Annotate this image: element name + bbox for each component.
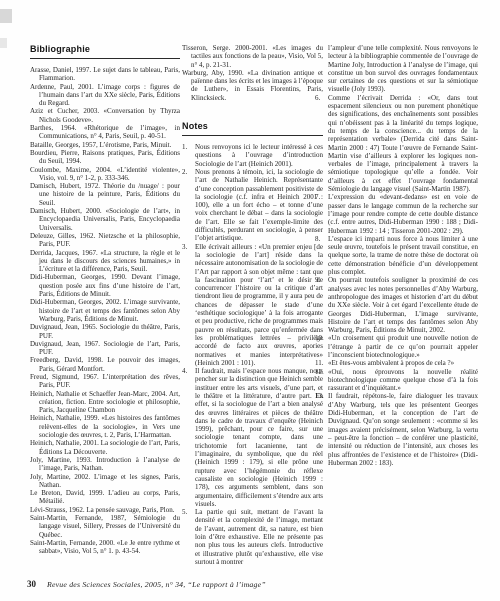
- note-text: Il faudrait, mais l’espace nous manque, …: [195, 367, 323, 508]
- note-item: 9.On pourrait toutefois souligner la pro…: [315, 276, 478, 334]
- note-text: «Oui, nous éprouvons la nouvelle réalité…: [328, 368, 478, 393]
- note-number: 8.: [315, 235, 328, 243]
- bibliography-entry: Saint-Martin, Fernande, 1987, Sémiologie…: [30, 514, 180, 539]
- bibliography-entry: Duvignaud, Jean, 1965. Sociologie du thé…: [30, 323, 180, 340]
- note-item: 8.L’espace ici imparti nous force à nous…: [315, 235, 478, 276]
- notes-heading: Notes: [182, 121, 323, 136]
- note-item: 1.Nous renvoyons ici le lecteur intéress…: [182, 143, 323, 168]
- bibliography-entry: Joly, Martine, 2002. L’image et les sign…: [30, 473, 180, 490]
- note-number: 12.: [315, 368, 328, 376]
- bibliography-entry: Tisseron, Serge. 2000-2001. «Les images …: [182, 44, 323, 69]
- note-continuation: l’ampleur d’une telle complexité. Nous r…: [315, 44, 478, 94]
- note-text: L’espace ici imparti nous force à nous l…: [328, 235, 478, 276]
- note-text: On pourrait toutefois souligner la proxi…: [328, 276, 478, 334]
- note-number: 11.: [315, 359, 328, 367]
- note-text: Elle écrivait ailleurs : «Un premier enj…: [195, 243, 323, 367]
- note-item: 10.«Un croisement qui produit une nouvel…: [315, 334, 478, 359]
- bibliography-entry: Derrida, Jacques, 1967. «La structure, l…: [30, 249, 180, 274]
- note-number: 13.: [315, 392, 328, 400]
- journal-title-line: Revue des Sciences Sociales, 2005, n° 34…: [47, 580, 266, 589]
- note-text: L’expression du «devant-dedans» est en v…: [328, 193, 478, 234]
- note-item: 13.Il faudrait, répétons-le, faire dialo…: [315, 392, 478, 467]
- note-item: 5.La partie qui suit, mettant de l’avant…: [182, 508, 323, 566]
- bibliography-entry: Heinich, Nathalie, 1999. «Les histoires …: [30, 414, 180, 439]
- note-number: 7.: [315, 193, 328, 201]
- note-item: 11.«Et êtes-vous ambivalent à propos de …: [315, 359, 478, 367]
- note-number: 4.: [182, 367, 195, 375]
- note-number: 2.: [182, 168, 195, 176]
- bibliography-entry: Ardenne, Paul, 2001. L’image corps : fig…: [30, 83, 180, 108]
- bibliography-entry: Saint-Martin, Fernande, 2000. «Le Je ent…: [30, 539, 180, 556]
- bibliography-heading: Bibliographie: [30, 44, 180, 59]
- note-text: «Un croisement qui produit une nouvelle …: [328, 334, 478, 359]
- bibliography-entry: Warburg, Aby, 1990. «La divination antiq…: [182, 69, 323, 102]
- note-item: 6.Comme l’écrivait Derrida : «Or, dans t…: [315, 94, 478, 194]
- bibliography-entry: Arasse, Daniel, 1997. Le sujet dans le t…: [30, 66, 180, 83]
- bibliography-entry: Heinich, Nathalie et Schaeffer Jean-Marc…: [30, 390, 180, 415]
- page-number: 30: [27, 579, 36, 589]
- note-item: 2.Nous prenons à témoin, ici, la sociolo…: [182, 168, 323, 243]
- note-number: 10.: [315, 334, 328, 342]
- bibliography-entry: Coulombe, Maxime, 2004. «L’identité viol…: [30, 166, 180, 183]
- bibliography-entry: Damisch, Hubert, 1972. Théorie du /nuage…: [30, 182, 180, 207]
- bibliography-entry: Bataille, Georges, 1957, L’érotisme, Par…: [30, 141, 180, 149]
- note-text: Comme l’écrivait Derrida : «Or, dans tou…: [328, 94, 478, 193]
- note-item: 3.Elle écrivait ailleurs : «Un premier e…: [182, 243, 323, 367]
- bibliography-entry: Didi-Huberman, Georges, 2002. L’image su…: [30, 298, 180, 323]
- note-text: Nous renvoyons ici le lecteur intéressé …: [195, 143, 323, 168]
- note-text: Il faudrait, répétons-le, faire dialogue…: [328, 392, 478, 466]
- page-footer: 30Revue des Sciences Sociales, 2005, n° …: [27, 574, 266, 592]
- bibliography-entry: Duvignaud, Jean, 1967. Sociologie de l’a…: [30, 340, 180, 357]
- note-number: 9.: [315, 276, 328, 284]
- note-number: 3.: [182, 243, 195, 251]
- bibliography-column-2: Tisseron, Serge. 2000-2001. «Les images …: [182, 44, 323, 566]
- bibliography-entry: Didi-Huberman, Georges, 1990. Devant l’i…: [30, 273, 180, 298]
- bibliography-entry: Heinich, Nathalie, 2001. La sociologie d…: [30, 439, 180, 456]
- bibliography-entry: Damisch, Hubert, 2000. «Sociologie de l’…: [30, 207, 180, 232]
- bibliography-entry: Freedberg, David, 1998. Le pouvoir des i…: [30, 356, 180, 373]
- bibliography-entry: Freud, Sigmund, 1967. L’interprétation d…: [30, 373, 180, 390]
- scan-artifact: [0, 38, 7, 48]
- bibliography-entry: Barthes, 1964. «Rhétorique de l’image», …: [30, 124, 180, 141]
- bibliography-entry: Bourdieu, Pierre, Raisons pratiques, Par…: [30, 149, 180, 166]
- note-text: La partie qui suit, mettant de l’avant l…: [195, 508, 323, 566]
- note-number: 6.: [315, 94, 328, 102]
- bibliography-entry: Le Breton, David, 1999. L’adieu au corps…: [30, 489, 180, 506]
- note-number: 5.: [182, 508, 195, 516]
- note-number: 1.: [182, 143, 195, 151]
- note-item: 7.L’expression du «devant-dedans» est en…: [315, 193, 478, 234]
- note-item: 12.«Oui, nous éprouvons la nouvelle réal…: [315, 368, 478, 393]
- bibliography-entry: Joly, Martine, 1993. Introduction à l’an…: [30, 456, 180, 473]
- note-item: 4.Il faudrait, mais l’espace nous manque…: [182, 367, 323, 508]
- bibliography-entry: Lévi-Strauss, 1962. La pensée sauvage, P…: [30, 506, 180, 514]
- note-text: Nous prenons à témoin, ici, la sociologi…: [195, 168, 323, 242]
- notes-column-3: l’ampleur d’une telle complexité. Nous r…: [315, 44, 478, 467]
- scan-artifact: [0, 9, 12, 23]
- bibliography-entry: Deleuze, Gilles, 1962. Nietzsche et la p…: [30, 232, 180, 249]
- bibliography-continued: Tisseron, Serge. 2000-2001. «Les images …: [182, 44, 323, 102]
- bibliography-column-1: Bibliographie Arasse, Daniel, 1997. Le s…: [30, 44, 180, 556]
- bibliography-entry: Aziz et Cucher, 2003. «Conversation by T…: [30, 107, 180, 124]
- note-text: «Et êtes-vous ambivalent à propos de cel…: [328, 359, 454, 367]
